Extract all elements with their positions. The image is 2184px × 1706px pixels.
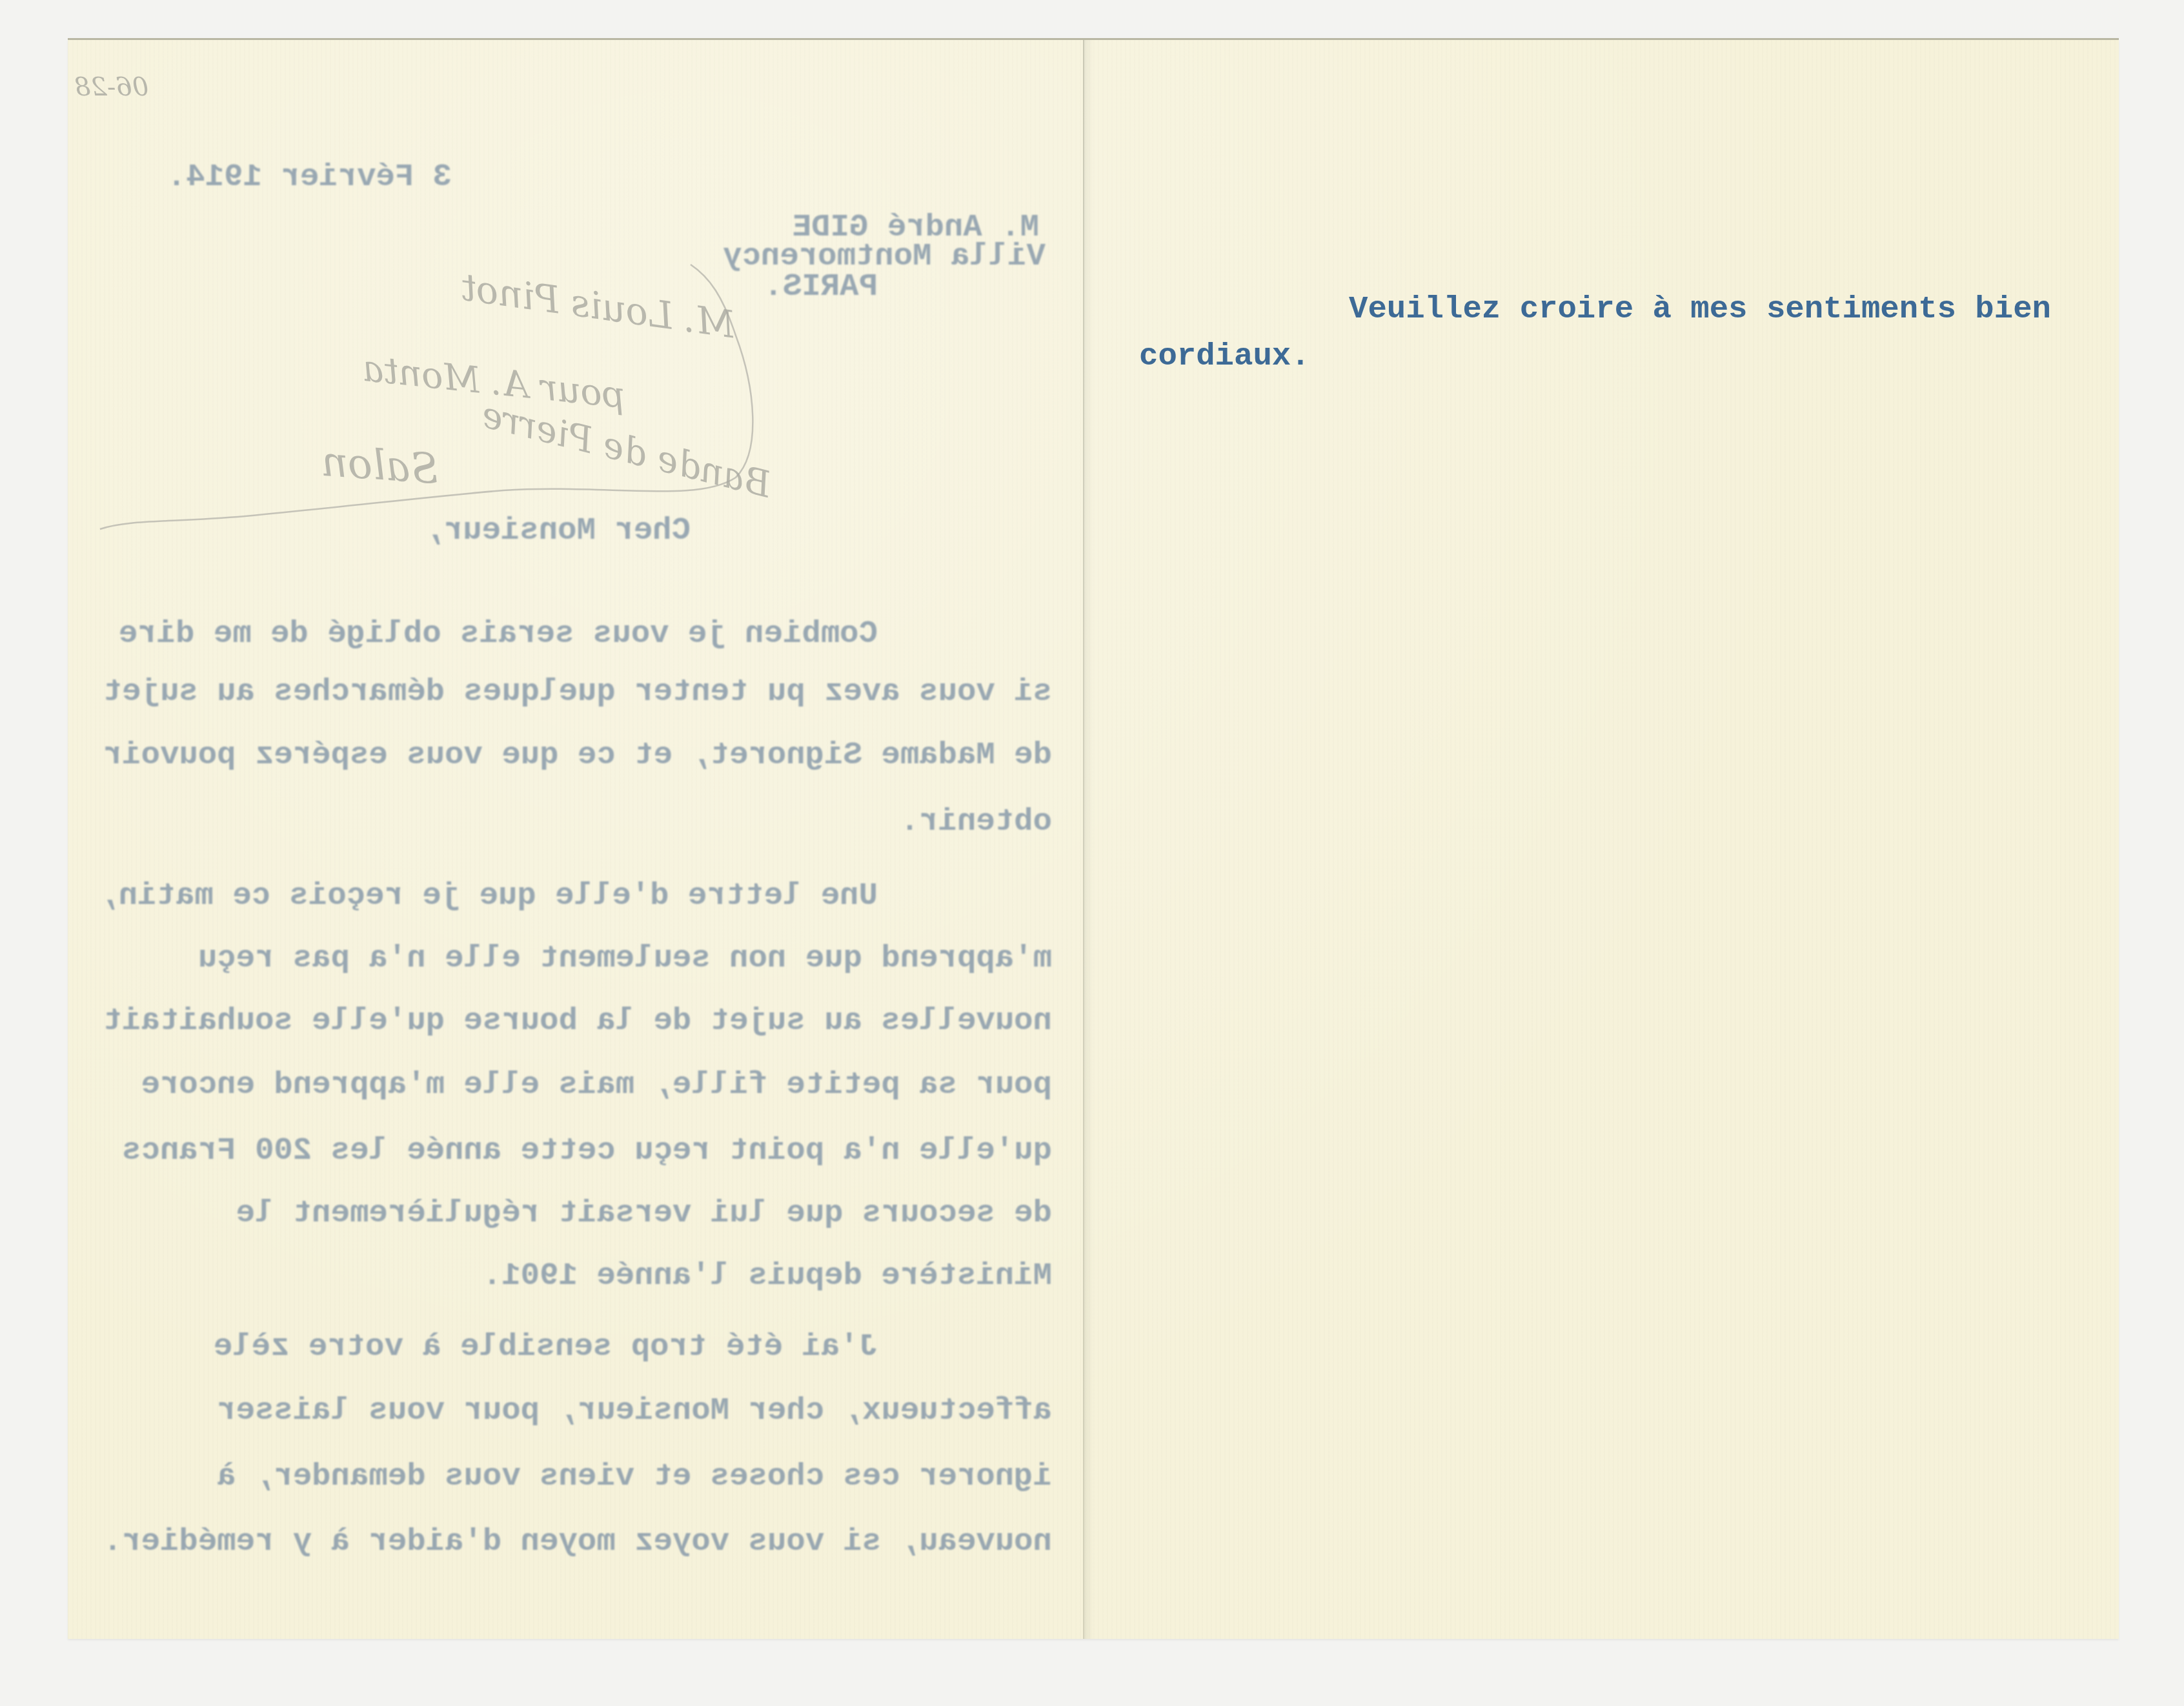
left-page-showthrough: 3 Février 1914. M. André GIDE Villa Mont… <box>90 0 1052 1706</box>
body-line: m'apprend que non seulement elle n'a pas… <box>198 943 1052 974</box>
body-line: de secours que lui versait régulièrement… <box>236 1198 1052 1229</box>
address-line: PARIS. <box>764 271 878 303</box>
body-line: nouveau, si vous voyez moyen d'aider à y… <box>103 1526 1052 1558</box>
body-line: obtenir. <box>900 806 1052 838</box>
closing-line-1: Veuillez croire à mes sentiments bien <box>1349 294 2051 325</box>
body-line: affectueux, cher Monsieur, pour vous lai… <box>217 1395 1052 1427</box>
body-line: de Madame Signoret, et ce que vous espér… <box>103 739 1052 771</box>
body-line: qu'elle n'a point reçu cette année les 2… <box>122 1135 1052 1167</box>
body-line: nouvelles au sujet de la bourse qu'elle … <box>103 1005 1052 1037</box>
address-line: Villa Montmorency <box>723 241 1046 272</box>
fold-shade <box>1084 40 1093 1639</box>
body-line: ignorer ces choses et viens vous demande… <box>217 1461 1052 1492</box>
body-line: Une lettre d'elle que je reçois ce matin… <box>99 880 878 912</box>
salutation: Cher Monsieur, <box>425 515 691 547</box>
letter-date: 3 Février 1914. <box>167 161 452 193</box>
body-line: pour sa petite fille, mais elle m'appren… <box>141 1069 1052 1101</box>
body-line: J'ai été trop sensible à votre zèle <box>214 1331 878 1363</box>
page-fold-line <box>1083 40 1084 1639</box>
body-line: Combien je vous serais obligé de me dire <box>119 618 878 650</box>
body-line: Ministère depuis l'année 1901. <box>483 1260 1052 1292</box>
closing-line-2: cordiaux. <box>1139 341 1310 372</box>
body-line: si vous avez pu tenter quelques démarche… <box>103 676 1052 708</box>
